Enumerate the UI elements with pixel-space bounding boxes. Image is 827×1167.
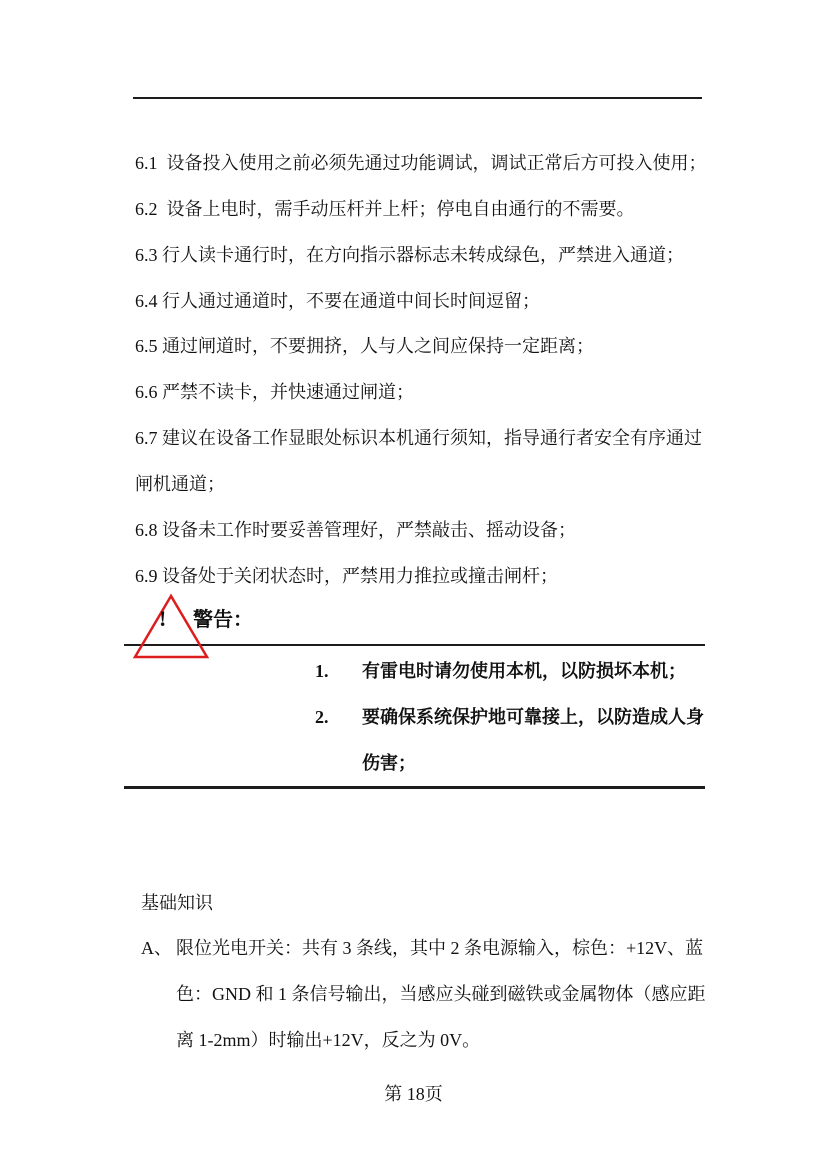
warning-item-2-number: 2. bbox=[315, 707, 329, 728]
warning-item-2-text-continued: 伤害； bbox=[362, 753, 416, 774]
exclamation-icon: ! bbox=[159, 608, 166, 630]
safety-rule-6-2: 6.2 设备上电时，需手动压杆并上杆；停电自由通行的不需要。 bbox=[135, 199, 635, 220]
safety-rule-6-7-continued: 闸机通道； bbox=[135, 474, 225, 495]
safety-rule-6-1: 6.1 设备投入使用之前必须先通过功能调试，调试正常后方可投入使用； bbox=[135, 153, 707, 174]
safety-rule-6-3: 6.3 行人读卡通行时，在方向指示器标志未转成绿色，严禁进入通道； bbox=[135, 245, 684, 266]
basics-section-heading: 基础知识 bbox=[141, 893, 213, 914]
safety-rule-6-7: 6.7 建议在设备工作显眼处标识本机通行须知，指导通行者安全有序通过 bbox=[135, 428, 702, 449]
warning-item-2-text: 要确保系统保护地可靠接上，以防造成人身 bbox=[362, 707, 704, 728]
safety-rule-6-8: 6.8 设备未工作时要妥善管理好，严禁敲击、摇动设备； bbox=[135, 520, 576, 541]
warning-title: 警告： bbox=[193, 609, 253, 632]
safety-rule-6-6: 6.6 严禁不读卡，并快速通过闸道； bbox=[135, 382, 414, 403]
warning-item-1-text: 有雷电时请勿使用本机，以防损坏本机； bbox=[362, 661, 686, 682]
safety-rule-6-9: 6.9 设备处于关闭状态时，严禁用力推拉或撞击闸杆； bbox=[135, 566, 558, 587]
warning-item-1-number: 1. bbox=[315, 661, 329, 682]
header-rule bbox=[133, 97, 702, 99]
safety-rule-6-5: 6.5 通过闸道时，不要拥挤，人与人之间应保持一定距离； bbox=[135, 336, 594, 357]
basics-item-a-line-2: 色：GND 和 1 条信号输出，当感应头碰到磁铁或金属物体（感应距 bbox=[176, 984, 706, 1005]
page-number: 第 18页 bbox=[0, 1084, 827, 1105]
basics-item-a-line-3: 离 1-2mm）时输出+12V，反之为 0V。 bbox=[176, 1030, 480, 1051]
warning-bottom-rule bbox=[124, 786, 705, 789]
basics-item-a-line-1: 限位光电开关：共有 3 条线，其中 2 条电源输入，棕色：+12V、蓝 bbox=[176, 938, 703, 959]
safety-rule-6-4: 6.4 行人通过通道时，不要在通道中间长时间逗留； bbox=[135, 291, 540, 312]
document-page: 6.1 设备投入使用之前必须先通过功能调试，调试正常后方可投入使用； 6.2 设… bbox=[0, 0, 827, 1167]
basics-item-a-marker: A、 bbox=[141, 938, 172, 959]
